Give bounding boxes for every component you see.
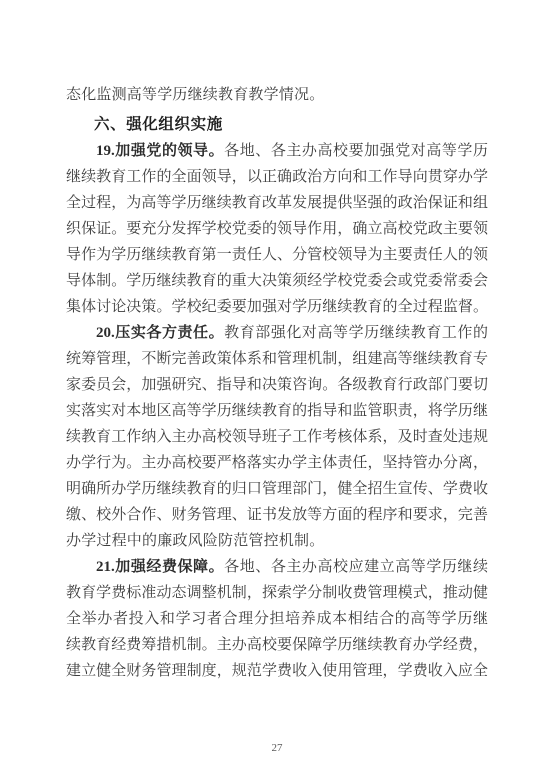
section-heading: 六、强化组织实施 xyxy=(66,112,488,138)
text-run: 集体讨论决策。学校纪委要加强对学历继续教育的全过程监督。 xyxy=(66,299,488,315)
text-run: 实落实对本地区高等学历继续教育的指导和监管职责，将学历继 xyxy=(66,403,488,419)
text-run: 明确所办学历继续教育的归口管理部门，健全招生宣传、学费收 xyxy=(66,481,488,497)
paragraph-line: 全举办者投入和学习者合理分担培养成本相结合的高等学历继 xyxy=(66,606,488,632)
text-run: 导作为学历继续教育第一责任人、分管校领导为主要责任人的领 xyxy=(66,247,488,263)
text-run: 六、强化组织实施 xyxy=(94,116,223,133)
text-run: 织保证。要充分发挥学校党委的领导作用，确立高校党政主要领 xyxy=(66,221,488,237)
paragraph-line: 导体制。学历继续教育的重大决策须经学校党委会或党委常委会 xyxy=(66,268,488,294)
text-run: 教育学费标准动态调整机制，探索学分制收费管理模式，推动健 xyxy=(66,585,488,601)
text-run: 统筹管理，不断完善政策体系和管理机制，组建高等继续教育专 xyxy=(66,351,488,367)
text-run: 续教育经费筹措机制。主办高校要保障学历继续教育办学经费， xyxy=(66,637,488,653)
text-run: 导体制。学历继续教育的重大决策须经学校党委会或党委常委会 xyxy=(66,273,488,289)
paragraph-line: 明确所办学历继续教育的归口管理部门，健全招生宣传、学费收 xyxy=(66,476,488,502)
paragraph-line: 教育学费标准动态调整机制，探索学分制收费管理模式，推动健 xyxy=(66,580,488,606)
text-run: 缴、校外合作、财务管理、证书发放等方面的程序和要求，完善 xyxy=(66,507,488,523)
paragraph-line: 织保证。要充分发挥学校党委的领导作用，确立高校党政主要领 xyxy=(66,216,488,242)
paragraph-line: 全过程，为高等学历继续教育改革发展提供坚强的政治保证和组 xyxy=(66,190,488,216)
text-run: 各地、各主办高校应建立高等学历继续 xyxy=(224,559,488,575)
paragraph-line: 办学过程中的廉政风险防范管控机制。 xyxy=(66,528,488,554)
paragraph-line: 续教育工作纳入主办高校领导班子工作考核体系，及时查处违规 xyxy=(66,424,488,450)
paragraph-line: 19.加强党的领导。各地、各主办高校要加强党对高等学历 xyxy=(66,138,488,164)
paragraph-lead: 21.加强经费保障。 xyxy=(96,559,224,575)
paragraph-line: 20.压实各方责任。教育部强化对高等学历继续教育工作的 xyxy=(66,320,488,346)
text-run: 教育部强化对高等学历继续教育工作的 xyxy=(224,325,488,341)
text-run: 办学行为。主办高校要严格落实办学主体责任，坚持管办分离， xyxy=(66,455,488,471)
text-run: 建立健全财务管理制度，规范学费收入使用管理，学费收入应全 xyxy=(66,663,488,679)
page-number: 27 xyxy=(0,742,554,754)
document-page: 态化监测高等学历继续教育教学情况。六、强化组织实施19.加强党的领导。各地、各主… xyxy=(0,0,554,783)
paragraph-line: 集体讨论决策。学校纪委要加强对学历继续教育的全过程监督。 xyxy=(66,294,488,320)
document-body: 态化监测高等学历继续教育教学情况。六、强化组织实施19.加强党的领导。各地、各主… xyxy=(66,82,488,684)
text-run: 态化监测高等学历继续教育教学情况。 xyxy=(66,87,324,103)
paragraph-line: 态化监测高等学历继续教育教学情况。 xyxy=(66,82,488,108)
paragraph-line: 导作为学历继续教育第一责任人、分管校领导为主要责任人的领 xyxy=(66,242,488,268)
text-run: 家委员会，加强研究、指导和决策咨询。各级教育行政部门要切 xyxy=(66,377,488,393)
text-run: 继续教育工作的全面领导，以正确政治方向和工作导向贯穿办学 xyxy=(66,169,488,185)
paragraph-line: 家委员会，加强研究、指导和决策咨询。各级教育行政部门要切 xyxy=(66,372,488,398)
paragraph-lead: 19.加强党的领导。 xyxy=(96,143,224,159)
paragraph-lead: 20.压实各方责任。 xyxy=(96,325,224,341)
text-run: 全举办者投入和学习者合理分担培养成本相结合的高等学历继 xyxy=(66,611,488,627)
text-run: 办学过程中的廉政风险防范管控机制。 xyxy=(66,533,324,549)
paragraph-line: 建立健全财务管理制度，规范学费收入使用管理，学费收入应全 xyxy=(66,658,488,684)
paragraph-line: 统筹管理，不断完善政策体系和管理机制，组建高等继续教育专 xyxy=(66,346,488,372)
text-run: 各地、各主办高校要加强党对高等学历 xyxy=(224,143,488,159)
paragraph-line: 21.加强经费保障。各地、各主办高校应建立高等学历继续 xyxy=(66,554,488,580)
text-run: 续教育工作纳入主办高校领导班子工作考核体系，及时查处违规 xyxy=(66,429,488,445)
paragraph-line: 实落实对本地区高等学历继续教育的指导和监管职责，将学历继 xyxy=(66,398,488,424)
text-run: 全过程，为高等学历继续教育改革发展提供坚强的政治保证和组 xyxy=(66,195,488,211)
paragraph-line: 续教育经费筹措机制。主办高校要保障学历继续教育办学经费， xyxy=(66,632,488,658)
paragraph-line: 办学行为。主办高校要严格落实办学主体责任，坚持管办分离， xyxy=(66,450,488,476)
paragraph-line: 缴、校外合作、财务管理、证书发放等方面的程序和要求，完善 xyxy=(66,502,488,528)
paragraph-line: 继续教育工作的全面领导，以正确政治方向和工作导向贯穿办学 xyxy=(66,164,488,190)
